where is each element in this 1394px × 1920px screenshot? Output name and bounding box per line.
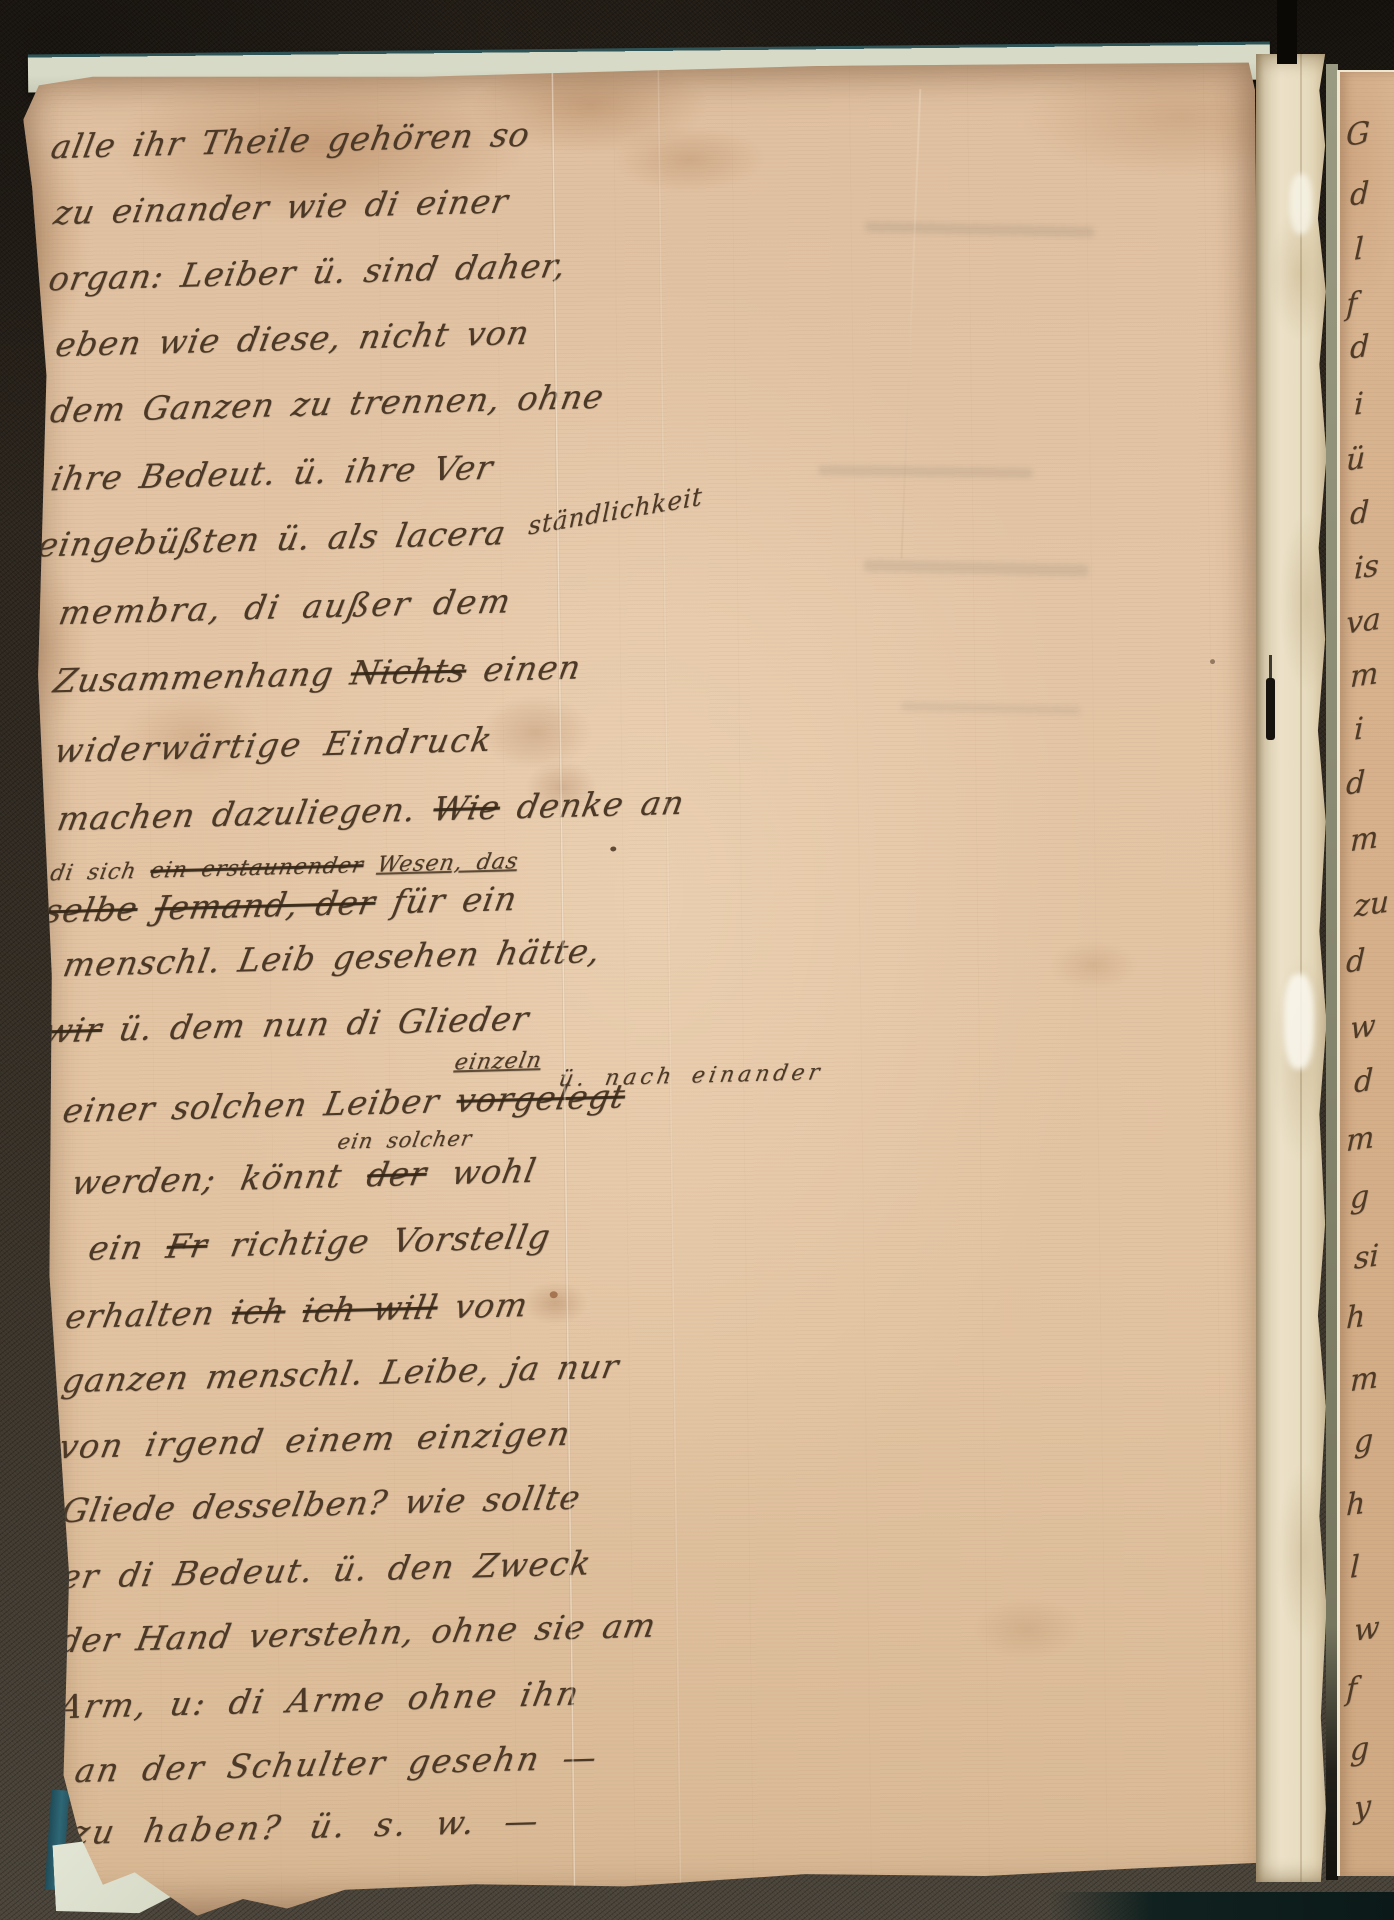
handwriting-text-layer: alle ihr Theile gehören sozu einander wi…: [23, 61, 1277, 1918]
handwriting-line: werden; könnt der wohl: [69, 1151, 540, 1202]
handwriting-fragment: va: [1346, 601, 1382, 641]
struck-word: Nichts: [347, 650, 470, 692]
handwriting-word: ganzen menschl. Leibe, ja nur: [59, 1347, 622, 1401]
handwriting-line: wir ü. dem nun di Glieder: [41, 999, 533, 1051]
handwriting-word: wohl: [423, 1151, 540, 1193]
handwriting-fragment: d: [1349, 175, 1369, 213]
handwriting-line: dem Ganzen zu trennen, ohne: [47, 377, 607, 431]
handwriting-fragment: d: [1349, 328, 1369, 366]
struck-word: selbe: [41, 889, 141, 931]
handwriting-word: machen dazuliegen.: [54, 789, 437, 838]
scanned-manuscript-spread: alle ihr Theile gehören sozu einander wi…: [0, 0, 1394, 1920]
struck-word: ich: [229, 1291, 290, 1332]
handwriting-fragment: i: [1353, 711, 1364, 748]
handwriting-line: widerwärtige Eindruck: [51, 720, 497, 771]
handwriting-fragment: d: [1345, 942, 1365, 980]
handwriting-line: alle ihr Theile gehören so: [48, 115, 534, 167]
handwriting-word: di sich: [48, 859, 153, 887]
handwriting-word: ein: [85, 1227, 170, 1268]
handwriting-fragment: is: [1354, 548, 1380, 587]
glue-highlight: [1290, 174, 1312, 234]
handwriting-line: Arm, u: di Arme ohne ihn: [55, 1674, 583, 1727]
handwriting-fragment: m: [1350, 820, 1379, 859]
glue-highlight: [1284, 974, 1314, 1069]
handwriting-word: einer solchen Leiber: [60, 1081, 461, 1131]
binding-fold-strip: [1256, 54, 1328, 1882]
handwriting-word: eingebüßten ü. als lacera: [35, 513, 510, 564]
handwriting-fragment: d: [1353, 1062, 1373, 1100]
handwriting-word: von irgend einem einzigen: [56, 1414, 575, 1467]
handwriting-fragment: l: [1349, 1549, 1360, 1586]
handwriting-fragment: m: [1350, 1360, 1379, 1399]
handwriting-word: organ: Leiber ü. sind daher,: [46, 246, 570, 299]
handwriting-line: zu einander wie di einer: [51, 181, 512, 232]
handwriting-word: Zusammenhang: [51, 653, 355, 700]
handwriting-word: ein solcher: [336, 1126, 475, 1154]
handwriting-line: an der Schulter gesehn —: [72, 1737, 602, 1790]
handwriting-fragment: g: [1353, 1422, 1373, 1460]
handwriting-word: einzeln: [453, 1048, 545, 1075]
handwriting-line: ein Fr richtige Vorstellg: [85, 1217, 554, 1268]
handwriting-word: einen: [463, 647, 585, 689]
handwriting-word: ü. dem nun di Glieder: [98, 999, 532, 1049]
handwriting-fragment: f: [1345, 286, 1357, 323]
handwriting-fragment: i: [1353, 386, 1364, 423]
handwriting-line: ihre Bedeut. ü. ihre Ver: [48, 448, 497, 499]
handwriting-word: der Hand verstehn, ohne sie am: [56, 1606, 659, 1661]
handwriting-word: denke an: [496, 783, 688, 827]
handwriting-word: erhalten: [62, 1293, 236, 1337]
handwriting-line: eben wie diese, nicht von: [52, 313, 533, 365]
handwriting-fragment: w: [1354, 1610, 1381, 1649]
handwriting-line: ganzen menschl. Leibe, ja nur: [59, 1347, 622, 1401]
handwriting-line: von irgend einem einzigen: [56, 1414, 575, 1467]
fold-crease-line: [1300, 54, 1302, 1882]
struck-word: wir: [41, 1010, 106, 1051]
handwriting-fragment: f: [1345, 1671, 1357, 1708]
handwriting-word: widerwärtige Eindruck: [51, 720, 497, 771]
handwriting-fragment: h: [1345, 1485, 1365, 1523]
handwriting-line: eingebüßten ü. als lacera: [35, 513, 510, 564]
handwriting-line: organ: Leiber ü. sind daher,: [46, 246, 570, 299]
handwriting-word: menschl. Leib gesehen hätte,: [60, 931, 604, 984]
handwriting-fragment: l: [1353, 231, 1364, 268]
handwriting-line: machen dazuliegen. Wie denke an: [54, 783, 688, 839]
struck-word: der: [364, 1154, 431, 1195]
handwriting-fragment: y: [1353, 1789, 1371, 1827]
handwriting-word: zu einander wie di einer: [51, 181, 512, 232]
handwriting-fragment: zu: [1354, 884, 1390, 924]
handwriting-word: alle ihr Theile gehören so: [48, 115, 534, 167]
handwriting-word: richtige Vorstellg: [204, 1217, 554, 1265]
handwriting-line: ständlichkeit: [528, 481, 704, 540]
handwriting-word: Wesen, das: [375, 849, 520, 878]
handwriting-fragment: w: [1350, 1008, 1377, 1047]
handwriting-line: einzeln: [453, 1048, 545, 1075]
handwriting-line: zu haben? ü. s. w. —: [69, 1801, 545, 1852]
handwriting-fragment: g: [1349, 1178, 1369, 1216]
handwriting-word: vom: [434, 1285, 532, 1327]
struck-word: Wie: [430, 788, 504, 829]
handwriting-line: menschl. Leib gesehen hätte,: [60, 931, 604, 984]
handwriting-word: er di Bedeut. ü. den Zweck: [58, 1543, 596, 1596]
handwriting-fragment: ü: [1345, 440, 1365, 478]
handwriting-word: Arm, u: di Arme ohne ihn: [55, 1674, 583, 1727]
dark-tear-mark: [1266, 678, 1275, 740]
background-notch: [1277, 0, 1297, 64]
handwriting-line: Zusammenhang Nichts einen: [51, 647, 585, 700]
handwriting-word: an der Schulter gesehn —: [72, 1737, 602, 1790]
handwriting-fragment: d: [1349, 494, 1369, 532]
handwriting-line: erhalten ich ich will vom: [62, 1285, 531, 1336]
handwriting-line: membra, di außer dem: [56, 581, 516, 632]
handwriting-word: ständlichkeit: [528, 481, 704, 540]
handwriting-fragment: m: [1350, 656, 1379, 695]
handwriting-line: er di Bedeut. ü. den Zweck: [58, 1543, 596, 1596]
handwriting-fragment: si: [1354, 1238, 1380, 1277]
handwriting-fragment: g: [1349, 1730, 1369, 1768]
manuscript-right-page-sliver: Gdlfdiüdisvamidmzudwdmgsihmghlwfgy: [1337, 70, 1394, 1876]
handwriting-word: werden; könnt: [69, 1155, 371, 1202]
handwriting-word: ihre Bedeut. ü. ihre Ver: [48, 448, 497, 499]
handwriting-fragment: G: [1345, 115, 1370, 154]
handwriting-word: dem Ganzen zu trennen, ohne: [47, 377, 607, 431]
manuscript-left-page: alle ihr Theile gehören sozu einander wi…: [23, 61, 1277, 1918]
handwriting-word: Gliede desselben? wie sollte: [59, 1478, 584, 1531]
handwriting-word: für ein: [372, 879, 521, 922]
struck-word: ein erstaunender: [148, 853, 366, 884]
handwriting-line: Gliede desselben? wie sollte: [59, 1478, 584, 1531]
handwriting-line: selbe Jemand, der für ein: [41, 879, 520, 931]
handwriting-line: ein solcher: [336, 1126, 475, 1154]
handwriting-fragment: m: [1346, 1120, 1375, 1159]
handwriting-word: zu haben? ü. s. w. —: [69, 1801, 545, 1852]
handwriting-word: membra, di außer dem: [56, 581, 516, 632]
struck-word: ich will: [299, 1287, 441, 1330]
bottom-right-dark-edge: [1050, 1892, 1394, 1920]
handwriting-fragment: h: [1345, 1298, 1365, 1336]
handwriting-line: einer solchen Leiber vorgelegt: [60, 1076, 629, 1130]
handwriting-word: eben wie diese, nicht von: [52, 313, 533, 365]
handwriting-line: der Hand verstehn, ohne sie am: [56, 1606, 659, 1661]
struck-word: vorgelegt: [453, 1076, 629, 1120]
handwriting-fragment: d: [1345, 764, 1365, 802]
struck-word: Jemand, der: [152, 883, 380, 928]
